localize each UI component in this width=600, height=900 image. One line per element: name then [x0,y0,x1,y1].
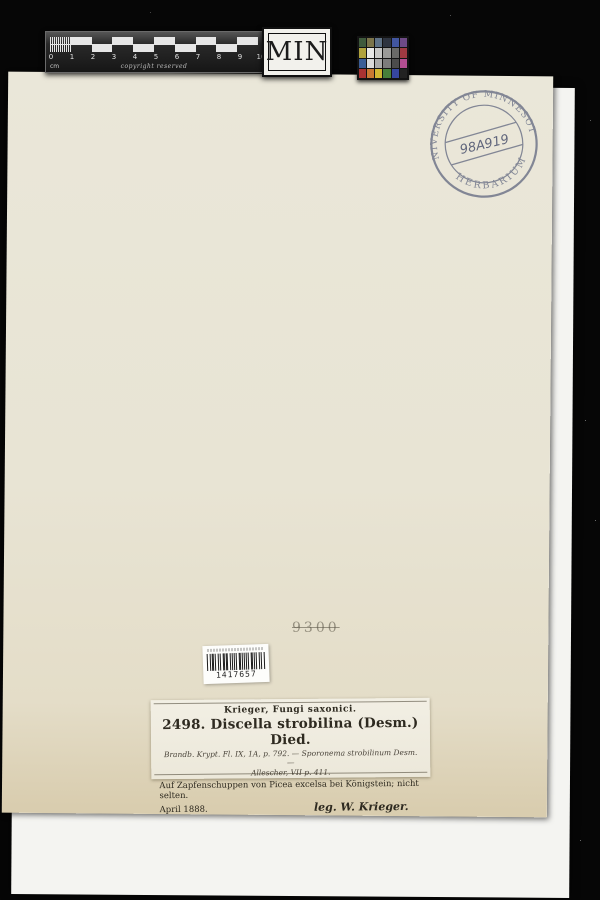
scale-bar-number: 7 [196,53,200,61]
color-calibration-target [357,36,409,80]
scale-bar-number: 8 [217,53,221,61]
label-citation-2: Allescher, VII p. 411. [159,767,422,778]
color-checker-swatch [383,38,390,47]
scale-bar-number: 5 [154,53,158,61]
institution-code-card: MIN [262,27,332,77]
barcode-number: 1417657 [207,669,265,680]
scale-bar: 012345678910 cm copyright reserved [45,31,263,73]
color-checker-swatch [359,59,366,68]
scale-bar-copyright: copyright reserved [46,63,262,70]
scale-bar-number: 1 [70,53,74,61]
label-habitat: Auf Zapfenschuppen von Picea excelsa bei… [159,779,422,801]
color-checker-swatch [367,59,374,68]
color-checker-swatch [367,38,374,47]
color-checker-swatch [359,48,366,57]
scale-bar-line [50,44,258,45]
scale-bar-number: 4 [133,53,137,61]
color-checker-swatch [383,48,390,57]
scale-bar-numbers: 012345678910 [46,53,262,62]
scale-bar-number: 3 [112,53,116,61]
color-checker-swatch [392,48,399,57]
color-checker-swatch [359,38,366,47]
color-checker-swatch [383,59,390,68]
color-checker-swatch [400,48,407,57]
barcode-icon [207,652,266,671]
color-checker-swatch [367,48,374,57]
color-checker-swatch [359,69,366,78]
color-checker-swatch [375,59,382,68]
scale-bar-number: 0 [49,53,53,61]
color-checker-swatch [375,48,382,57]
scale-bar-number: 6 [175,53,179,61]
institution-code-text: MIN [266,37,329,67]
label-date: April 1888. [160,805,208,815]
label-citation-1: Brandb. Krypt. Fl. IX, 1A, p. 792. — Spo… [159,748,422,768]
barcode-sticker: 1417657 [202,644,269,684]
color-checker-swatch [367,69,374,78]
herbarium-specimen-scan: 012345678910 cm copyright reserved MIN U… [0,0,600,900]
color-checker-swatch [392,69,399,78]
label-collector: leg. W. Krieger. [314,800,423,814]
label-bottom-row: April 1888. leg. W. Krieger. [160,800,423,815]
color-checker-swatch [383,69,390,78]
color-checker-swatch [375,69,382,78]
color-checker-swatch [400,69,407,78]
scale-bar-number: 2 [91,53,95,61]
stamped-accession-number: 9300 [292,620,340,636]
dust-specks [0,0,1,1]
color-checker-swatch [400,38,407,47]
exsiccata-label: Krieger, Fungi saxonici. 2498. Discella … [151,698,431,779]
color-checker-swatch [375,38,382,47]
barcode-caption-microtext [207,647,263,652]
color-checker-swatch [400,59,407,68]
color-checker-swatch [392,38,399,47]
scale-bar-number: 9 [238,53,242,61]
institution-code-frame: MIN [268,33,326,71]
color-checker-swatch [392,59,399,68]
label-species-title: 2498. Discella strobilina (Desm.) Died. [159,715,422,749]
